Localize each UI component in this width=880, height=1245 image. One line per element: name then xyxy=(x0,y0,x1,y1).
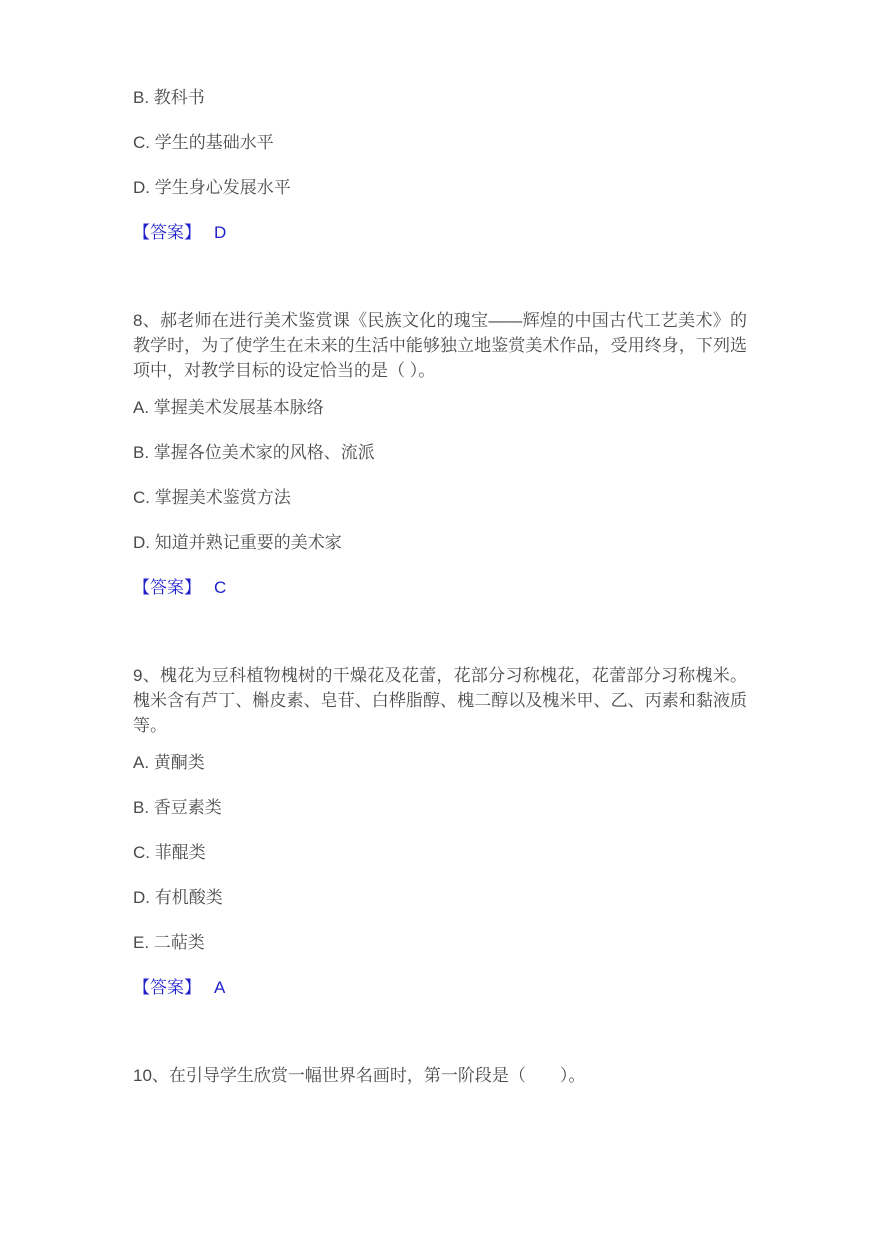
question-7-block: B. 教科书 C. 学生的基础水平 D. 学生身心发展水平 【答案】D xyxy=(133,88,747,243)
question-8-option-a: A. 掌握美术发展基本脉络 xyxy=(133,398,747,418)
question-7-answer-row: 【答案】D xyxy=(133,223,747,243)
question-9-block: 9、槐花为豆科植物槐树的干燥花及花蕾，花部分习称槐花，花蕾部分习称槐米。槐米含有… xyxy=(133,663,747,998)
question-7-option-c: C. 学生的基础水平 xyxy=(133,133,747,153)
question-9-option-d: D. 有机酸类 xyxy=(133,888,747,908)
answer-label: 【答案】 xyxy=(133,578,201,597)
question-9-option-e: E. 二萜类 xyxy=(133,933,747,953)
answer-value: A xyxy=(214,978,225,997)
question-10-stem: 10、在引导学生欣赏一幅世界名画时，第一阶段是（ ）。 xyxy=(133,1063,747,1088)
question-8-block: 8、郝老师在进行美术鉴赏课《民族文化的瑰宝——辉煌的中国古代工艺美术》的教学时，… xyxy=(133,308,747,598)
question-8-option-d: D. 知道并熟记重要的美术家 xyxy=(133,533,747,553)
question-8-answer-row: 【答案】C xyxy=(133,578,747,598)
answer-value: D xyxy=(214,223,226,242)
question-9-answer-row: 【答案】A xyxy=(133,978,747,998)
answer-value: C xyxy=(214,578,226,597)
question-9-option-b: B. 香豆素类 xyxy=(133,798,747,818)
question-10-block: 10、在引导学生欣赏一幅世界名画时，第一阶段是（ ）。 xyxy=(133,1063,747,1088)
answer-label: 【答案】 xyxy=(133,223,201,242)
question-8-stem: 8、郝老师在进行美术鉴赏课《民族文化的瑰宝——辉煌的中国古代工艺美术》的教学时，… xyxy=(133,308,747,383)
question-7-option-d: D. 学生身心发展水平 xyxy=(133,178,747,198)
question-8-option-b: B. 掌握各位美术家的风格、流派 xyxy=(133,443,747,463)
question-9-option-c: C. 菲醌类 xyxy=(133,843,747,863)
question-9-stem: 9、槐花为豆科植物槐树的干燥花及花蕾，花部分习称槐花，花蕾部分习称槐米。槐米含有… xyxy=(133,663,747,738)
document-page: B. 教科书 C. 学生的基础水平 D. 学生身心发展水平 【答案】D 8、郝老… xyxy=(0,0,880,1245)
question-8-option-c: C. 掌握美术鉴赏方法 xyxy=(133,488,747,508)
question-9-option-a: A. 黄酮类 xyxy=(133,753,747,773)
question-7-option-b: B. 教科书 xyxy=(133,88,747,108)
answer-label: 【答案】 xyxy=(133,978,201,997)
